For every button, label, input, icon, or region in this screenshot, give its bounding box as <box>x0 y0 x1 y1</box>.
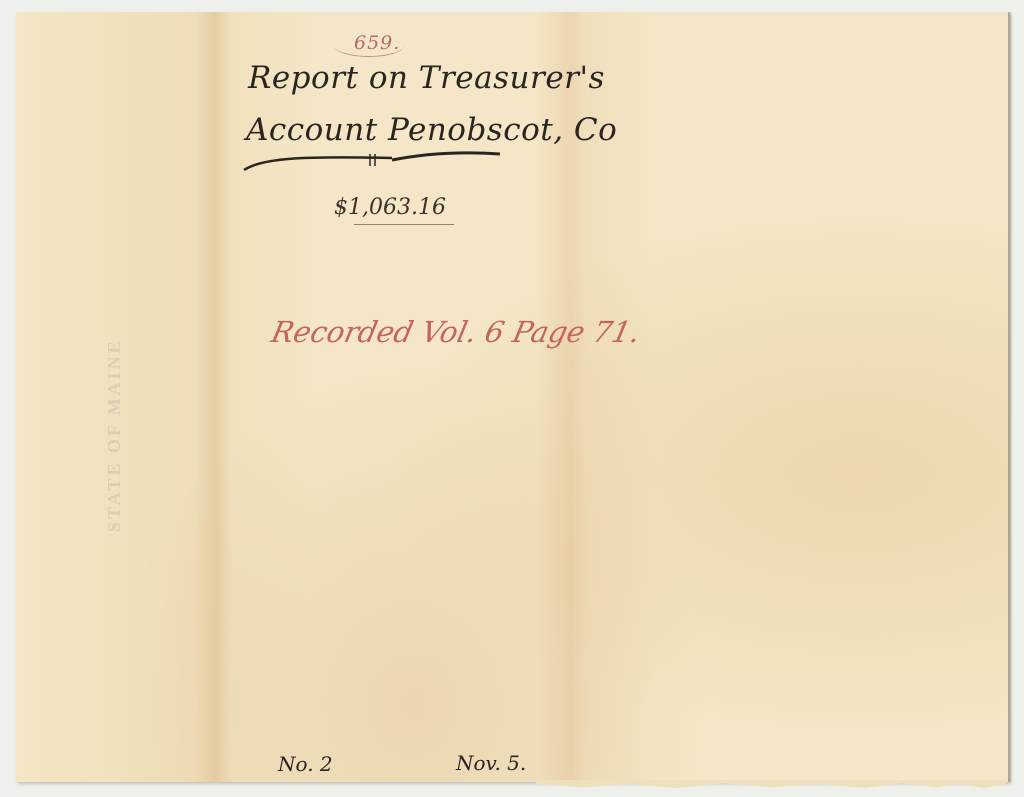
docket-title-line-1: Report on Treasurer's <box>248 60 605 96</box>
scanned-document: STATE OF MAINE 659. Report on Treasurer'… <box>0 0 1024 797</box>
paper-sheet: STATE OF MAINE 659. Report on Treasurer'… <box>16 12 1009 782</box>
bleed-through-text: STATE OF MAINE <box>104 272 134 532</box>
amount-underline <box>354 224 454 225</box>
torn-edge <box>536 780 1006 788</box>
reference-number: 659. <box>354 32 400 54</box>
amount: $1,063.16 <box>334 195 446 220</box>
recorded-note: Recorded Vol. 6 Page 71. <box>268 315 643 349</box>
docket-number: No. 2 <box>278 752 333 776</box>
docket-date: Nov. 5. <box>456 751 526 775</box>
title-flourish <box>242 150 502 174</box>
docket-title-line-2: Account Penobscot, Co <box>246 112 617 148</box>
